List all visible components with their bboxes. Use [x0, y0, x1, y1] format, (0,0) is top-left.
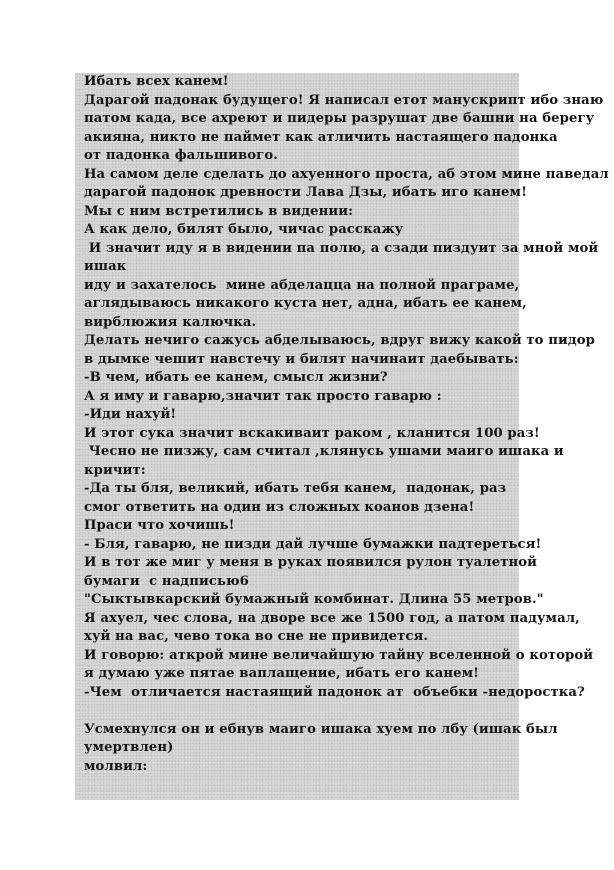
text-line: И в тот же миг у меня в руках появился р…: [84, 554, 524, 573]
text-line: -Чем отличается настаящий падонок ат объ…: [84, 684, 524, 703]
text-line: Я ахуел, чес слова, на дворе все же 1500…: [84, 610, 524, 629]
text-line: от падонка фальшивого.: [84, 147, 524, 166]
text-line: Мы с ним встретились в видении:: [84, 203, 524, 222]
text-line: умертвлен): [84, 739, 524, 758]
text-line: Дарагой падонак будущего! Я написал етот…: [84, 92, 524, 111]
text-line: патом када, все ахреют и пидеры разрушат…: [84, 110, 524, 129]
text-line: И значит иду я в видении па полю, а сзад…: [84, 240, 524, 259]
text-line: А как дело, билят было, чичас расскажу: [84, 221, 524, 240]
text-line: ишак: [84, 258, 524, 277]
text-line: хуй на вас, чево тока во сне не привидет…: [84, 628, 524, 647]
text-line: -Да ты бля, великий, ибать тебя канем, п…: [84, 480, 524, 499]
text-line: - Бля, гаварю, не пизди дай лучше бумажк…: [84, 536, 524, 555]
text-line: вирблюжия калючка.: [84, 314, 524, 333]
text-line: кричит:: [84, 462, 524, 481]
blank-line: [84, 702, 524, 721]
text-line: я думаю уже пятае ваплащение, ибать его …: [84, 665, 524, 684]
manuscript-text: Ибать всех канем! Дарагой падонак будуще…: [84, 73, 524, 776]
text-line: молвил:: [84, 758, 524, 777]
text-line: Праси что хочишь!: [84, 517, 524, 536]
text-line: аглядываюсь никакого куста нет, адна, иб…: [84, 295, 524, 314]
text-line: "Сыктывкарский бумажный комбинат. Длина …: [84, 591, 524, 610]
text-line: Чесно не пизжу, сам считал ,клянусь ушам…: [84, 443, 524, 462]
text-line: дарагой падонок древности Лава Дзы, ибат…: [84, 184, 524, 203]
text-line: акияна, никто не паймет как атличить нас…: [84, 129, 524, 148]
text-line: И этот сука значит вскакиваит раком , кл…: [84, 425, 524, 444]
text-line: смог ответить на один из сложных коанов …: [84, 499, 524, 518]
text-line: Ибать всех канем!: [84, 73, 524, 92]
text-line: На самом деле сделать до ахуенного прост…: [84, 166, 524, 185]
text-line: иду и захателось мине абделацца на полно…: [84, 277, 524, 296]
text-line: бумаги с надписью6: [84, 573, 524, 592]
text-line: И говорю: аткрой мине величайшую тайну в…: [84, 647, 524, 666]
text-line: в дымке чешит навстечу и билят начинаит …: [84, 351, 524, 370]
text-line: А я иму и гаварю,значит так просто гавар…: [84, 388, 524, 407]
text-line: -В чем, ибать ее канем, смысл жизни?: [84, 369, 524, 388]
text-line: -Иди нахуй!: [84, 406, 524, 425]
text-line: Усмехнулся он и ебнув маиго ишака хуем п…: [84, 721, 524, 740]
text-line: Делать нечиго сажусь абделываюсь, вдруг …: [84, 332, 524, 351]
